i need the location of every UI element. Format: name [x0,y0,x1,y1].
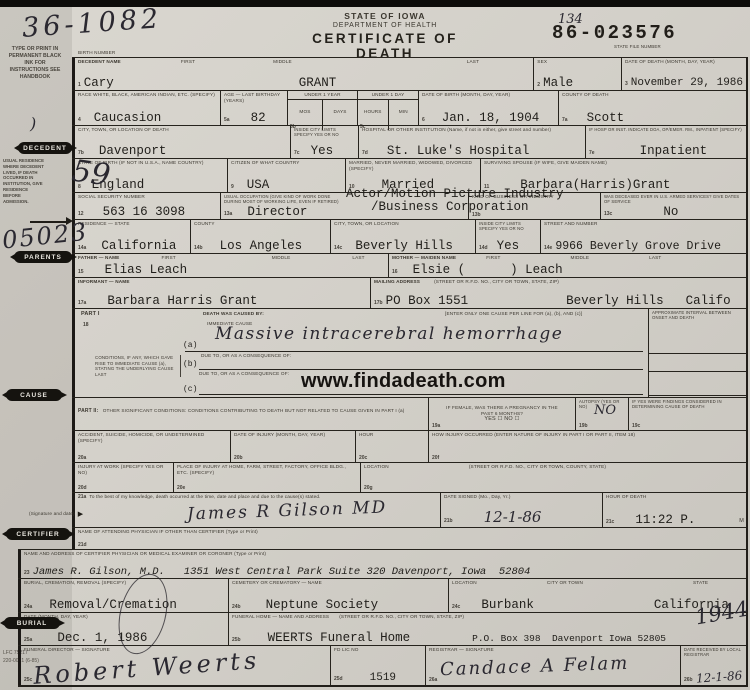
date-signed-label: DATE SIGNED (Mo., Day, Yr.) [444,494,599,500]
field-num: 26b [684,677,693,683]
field-under-1-year: UNDER 1 YEAR MOS 5b DAYS [287,91,357,125]
field-mother-name: MOTHER — MAIDEN NAME FIRST MIDDLE LAST 1… [388,254,746,277]
field-num: 19a [432,423,440,429]
location-label: LOCATION [452,580,477,586]
field-num: 25c [24,677,32,683]
tab-cause: CAUSE [6,389,62,401]
field-num: 25b [232,637,241,643]
industry-overflow-line: /Business Corporation [371,201,529,214]
signature-arrow-icon: ▶ [78,510,83,518]
last-header: LAST [467,59,479,65]
field-age: AGE — LAST BIRTHDAY (YEARS) 5a 82 [220,91,287,125]
field-county-of-death: COUNTY OF DEATH 7a Scott [558,91,746,125]
cemetery-label: CEMETERY OR CREMATORY — NAME [232,580,445,586]
mos-header: MOS [299,109,310,114]
field-num: 7a [562,117,568,123]
field-num: 18 [83,322,89,328]
field-num: 14e [544,245,552,251]
armed-services-value: No [663,206,678,219]
field-num: 26a [429,677,437,683]
field-date-of-death: DATE OF DEATH (MONTH, DAY, YEAR) 3 Novem… [621,58,746,90]
funeral-home-label: FUNERAL HOME — NAME AND ADDRESS [232,614,329,620]
field-armed-services: WAS DECEASED EVER IN U.S. ARMED SERVICES… [600,193,746,219]
father-value: Elias Leach [105,264,188,277]
due-to-label-1: DUE TO, OR AS A CONSEQUENCE OF: [201,353,291,359]
field-hospital: HOSPITAL OR OTHER INSTITUTION (Name, if … [358,126,585,158]
field-num: 20g [364,485,373,491]
citizen-label: CITIZEN OF WHAT COUNTRY [231,160,342,166]
signature-and-date-label: (Signature and date) ▶ [29,510,83,518]
occupation-label: USUAL OCCUPATION (GIVE KIND OF WORK DONE… [224,194,344,205]
middle-header: MIDDLE [272,255,291,261]
cemetery-value: Neptune Society [266,599,379,612]
sex-label: SEX [537,59,618,65]
age-value: 82 [251,112,266,125]
race-label: RACE WHITE, BLACK, AMERICAN INDIAN, ETC.… [78,92,217,98]
field-fd-license: FD LIC NO 25d 1519 [330,646,425,685]
handwritten-file-note: 134 [558,12,583,27]
field-findings-considered: IF YES WERE FINDINGS CONSIDERED IN DETER… [628,398,746,430]
accident-label: ACCIDENT, SUICIDE, HOMICIDE, OR UNDETERM… [78,432,227,444]
tab-parents: PARENTS [14,251,72,263]
field-num: 17a [78,300,86,306]
funeral-home-address-value: P.O. Box 398 Davenport Iowa 52805 [472,634,666,644]
field-autopsy: AUTOPSY (YES OR NO) NO 19b [575,398,628,430]
county-of-death-label: COUNTY OF DEATH [562,92,743,98]
first-header: FIRST [161,255,175,261]
cause-part1-section: PART I DEATH WAS CAUSED BY: [ENTER ONLY … [72,308,746,397]
mailing-city-value: Beverly Hills [566,295,664,308]
field-num: 25a [24,637,32,643]
state-file-number-stamp: 86-023576 STATE FILE NUMBER 134 [552,22,677,50]
interval-line-a [649,353,746,354]
decedent-first-name-value: Cary [84,77,114,90]
date-received-handwritten-value: 12-1-86 [695,668,742,685]
decedent-name-label: DECEDENT NAME [78,59,121,65]
field-num: 5a [224,117,230,123]
field-num: 20e [177,485,185,491]
signature-label-text: (Signature and date) [29,511,75,517]
birth-number-label: BIRTH NUMBER [78,50,115,56]
field-pregnancy: IF FEMALE, WAS THERE A PREGNANCY IN THE … [428,398,575,430]
field-cemetery: CEMETERY OR CREMATORY — NAME 24b Neptune… [228,579,448,612]
funeral-home-name-value: WEERTS Funeral Home [268,632,411,645]
mailing-sub-label: (STREET OR R.F.D. NO., CITY OR TOWN, STA… [434,279,559,285]
due-to-label-2: DUE TO, OR AS A CONSEQUENCE OF: [199,371,289,377]
street-label: STREET AND NUMBER [544,221,743,227]
attending-physician-label: NAME OF ATTENDING PHYSICIAN IF OTHER THA… [78,529,743,535]
field-date-of-injury: DATE OF INJURY (MONTH, DAY, YEAR) 20b [230,431,355,462]
field-num: 20a [78,455,86,461]
tab-burial: BURIAL [4,617,60,629]
residence-limits-value: Yes [497,240,520,253]
date-of-death-label: DATE OF DEATH (MONTH, DAY, YEAR) [625,59,743,65]
city-of-death-value: Davenport [99,145,167,158]
field-injury-hour: HOUR 20c [355,431,428,462]
mailing-box-value: PO Box 1551 [386,295,469,308]
field-num: 7c [294,150,300,156]
decedent-last-name-value: GRANT [299,77,337,90]
marital-status-label: MARRIED, NEVER MARRIED, WIDOWED, DIVORCE… [349,160,477,172]
conditions-note: CONDITIONS, IF ANY, WHICH GAVE RISE TO I… [95,355,181,377]
armed-services-label: WAS DECEASED EVER IN U.S. ARMED SERVICES… [604,194,743,205]
certifier-name-address-value: James R. Gilson, M.D. 1351 West Central … [33,567,531,578]
department-of-health: DEPARTMENT OF HEALTH [295,22,475,31]
tab-decedent: DECEDENT [18,142,72,154]
injury-hour-label: HOUR [359,432,425,438]
certifier-name-address-label: NAME AND ADDRESS OF CERTIFIER PHYSICIAN … [24,551,743,557]
field-race: RACE WHITE, BLACK, AMERICAN INDIAN, ETC.… [72,91,220,125]
field-num: 4 [78,117,81,123]
date-signed-handwritten-value: 12-1-86 [484,508,542,526]
field-num: 13a [224,211,232,217]
field-inside-city-limits: INSIDE CITY LIMITS SPECIFY YES OR NO 7c … [290,126,358,158]
field-how-injury-occurred: HOW INJURY OCCURRED (ENTER NATURE OF INJ… [428,431,746,462]
cause-b-mark: (b) [183,361,197,369]
field-date-signed: DATE SIGNED (Mo., Day, Yr.) 21b 12-1-86 [440,493,602,527]
form-bottom-grid: NAME AND ADDRESS OF CERTIFIER PHYSICIAN … [18,549,748,687]
field-num: 3 [625,81,628,87]
field-decedent-name: DECEDENT NAME FIRST MIDDLE LAST 1 Cary G… [72,58,533,90]
mother-value: Elsie ( ) Leach [413,264,563,277]
tab-certifier: CERTIFIER [6,528,70,540]
field-father-name: FATHER — NAME FIRST MIDDLE LAST 15 Elias… [72,254,388,277]
field-ssn: SOCIAL SECURITY NUMBER 12 563 16 3098 [72,193,220,219]
field-place-of-injury: PLACE OF INJURY AT HOME, FARM, STREET, F… [173,463,360,492]
field-registrar-signature: REGISTRAR — SIGNATURE Candace A Felam 26… [425,646,680,685]
residence-city-value: Beverly Hills [355,240,453,253]
father-label: FATHER — NAME [78,255,119,261]
middle-header: MIDDLE [273,59,292,65]
citizen-value: USA [247,179,270,192]
field-num: 9 [231,184,234,190]
inside-city-limits-label: INSIDE CITY LIMITS SPECIFY YES OR NO [294,127,355,138]
field-injury-location: LOCATION (STREET OR R.F.D. NO., CITY OR … [360,463,746,492]
field-residence-city: CITY, TOWN, OR LOCATION 14c Beverly Hill… [330,220,475,253]
field-num: 13c [604,211,612,217]
informant-value: Barbara Harris Grant [107,295,257,308]
part1-label: PART I [81,311,100,318]
last-header: LAST [649,255,661,261]
field-sex: SEX 2 Male [533,58,621,90]
sex-value: Male [543,77,573,90]
field-num: 1 [78,82,81,88]
last-header: LAST [352,255,364,261]
injury-location-label: LOCATION [364,464,389,470]
surviving-spouse-label: SURVIVING SPOUSE (IF WIFE, GIVE MAIDEN N… [484,160,743,166]
interval-column: APPROXIMATE INTERVAL BETWEEN ONSET AND D… [648,309,746,397]
field-date-of-birth: DATE OF BIRTH (MONTH, DAY, YEAR) 6 Jan. … [418,91,558,125]
county-of-death-value: Scott [587,112,625,125]
injury-location-sub: (STREET OR R.F.D. NO., CITY OR TOWN, COU… [469,464,606,470]
date-of-death-value: November 29, 1986 [631,78,743,89]
field-num: 25d [334,676,343,682]
ssn-label: SOCIAL SECURITY NUMBER [78,194,217,200]
inpatient-status-value: Inpatient [640,145,708,158]
mailing-state-value: Califo [686,295,731,308]
days-header: DAYS [333,109,346,114]
field-num: 20b [234,455,243,461]
field-certification-statement: 21a To the best of my knowledge, death o… [72,493,440,527]
field-num: 24c [452,604,460,610]
field-mailing-address: MAILING ADDRESS (STREET OR R.F.D. NO., C… [370,278,746,308]
city-of-death-label: CITY, TOWN, OR LOCATION OF DEATH [78,127,287,133]
field-num: 14b [194,245,203,251]
field-street-and-number: STREET AND NUMBER 14e 9966 Beverly Grove… [540,220,746,253]
field-num: 12 [78,211,84,217]
registrar-signature-handwritten: Candace A Felam [440,653,630,681]
funeral-home-sub-label: (STREET OR R.F.D. NO., CITY OR TOWN, STA… [339,614,464,620]
residence-county-value: Los Angeles [220,240,303,253]
residence-limits-label: INSIDE CITY LIMITS SPECIFY YES OR NO [479,221,537,232]
pregnancy-label: IF FEMALE, WAS THERE A PREGNANCY IN THE … [442,405,562,417]
field-num: 21d [78,542,87,548]
hospital-value: St. Luke's Hospital [387,145,530,158]
field-funeral-home: FUNERAL HOME — NAME AND ADDRESS (STREET … [228,613,746,645]
field-num: 21c [606,519,614,525]
occupation-overflow-line: Actor/Motion Picture Industry [346,188,564,201]
field-num: 15 [78,269,84,275]
min-header: MIN [399,109,408,114]
inside-city-limits-value: Yes [311,145,334,158]
field-num: 20c [359,455,367,461]
field-injury-at-work: INJURY AT WORK (SPECIFY YES OR NO) 20d [72,463,173,492]
field-residence-county: COUNTY 14b Los Angeles [190,220,330,253]
place-of-injury-label: PLACE OF INJURY AT HOME, FARM, STREET, F… [177,464,357,476]
under-1-year-label: UNDER 1 YEAR [288,92,357,98]
race-value: Caucasion [94,112,162,125]
field-informant: INFORMANT — NAME 17a Barbara Harris Gran… [72,278,370,308]
field-num: 16 [392,269,398,275]
enter-one-cause-note: [ENTER ONLY ONE CAUSE PER LINE FOR (a), … [445,311,640,317]
form-main-grid: DECEDENT NAME FIRST MIDDLE LAST 1 Cary G… [72,57,748,549]
form-header: STATE OF IOWA DEPARTMENT OF HEALTH CERTI… [295,11,475,61]
residence-state-label: RESIDENCE — STATE [78,221,187,227]
interval-header: APPROXIMATE INTERVAL BETWEEN ONSET AND D… [652,310,743,321]
field-num: 7e [589,150,595,156]
cause-line-c [199,394,643,395]
hour-am-pm-suffix: M [739,518,744,525]
field-num: 23 [24,570,30,576]
informant-label: INFORMANT — NAME [78,279,367,285]
field-num: 20f [432,455,439,461]
cause-a-handwritten-value: Massive intracerebral hemorrhage [215,324,563,344]
field-attending-physician: NAME OF ATTENDING PHYSICIAN IF OTHER THA… [72,528,746,549]
handwritten-paren: ) [30,114,36,133]
field-accident-suicide: ACCIDENT, SUICIDE, HOMICIDE, OR UNDETERM… [72,431,230,462]
residence-state-value: California [101,240,176,253]
cause-main-area: PART I DEATH WAS CAUSED BY: [ENTER ONLY … [72,309,648,397]
ssn-value: 563 16 3098 [103,206,186,219]
handwritten-59: 59 [70,154,113,194]
interval-line-b [649,371,746,372]
residence-county-label: COUNTY [194,221,327,227]
under-1-day-label: UNDER 1 DAY [358,92,418,98]
field-residence-limits: INSIDE CITY LIMITS SPECIFY YES OR NO 14d… [475,220,540,253]
findadeath-watermark: www.findadeath.com [301,370,506,393]
part2-label: PART II: [78,408,98,414]
findings-label: IF YES WERE FINDINGS CONSIDERED IN DETER… [632,399,743,410]
age-label: AGE — LAST BIRTHDAY (YEARS) [224,92,284,104]
field-city-of-death: CITY, TOWN, OR LOCATION OF DEATH 7b Dave… [72,126,290,158]
field-residence-state: RESIDENCE — STATE 14a California [72,220,190,253]
cemetery-city-value: Burbank [481,599,534,612]
mother-label: MOTHER — MAIDEN NAME [392,255,456,261]
fd-license-value: 1519 [370,673,396,684]
field-num: 21b [444,518,453,524]
date-of-birth-label: DATE OF BIRTH (MONTH, DAY, YEAR) [422,92,555,98]
city-or-town-header: CITY OR TOWN [547,580,583,586]
field-num: 24a [24,604,32,610]
hour-of-death-label: HOUR OF DEATH [606,494,743,500]
burial-type-label: BURIAL, CREMATION, REMOVAL (SPECIFY) [24,580,225,586]
middle-header: MIDDLE [571,255,590,261]
mailing-label: MAILING ADDRESS [374,279,420,285]
hours-header: HOURS [364,109,382,114]
field-num: 24b [232,604,241,610]
field-num: 2 [537,82,540,88]
field-num: 19c [632,423,640,429]
inpatient-status-label: IF HOSP OR INST. INDICATE DOA, OP/EMER. … [589,127,743,132]
field-hour-of-death: HOUR OF DEATH 21c 11:22 P. M [602,493,746,527]
injury-at-work-label: INJURY AT WORK (SPECIFY YES OR NO) [78,464,170,476]
field-inpatient-status: IF HOSP OR INST. INDICATE DOA, OP/EMER. … [585,126,746,158]
death-certificate-scan: 36-1082 TYPE OR PRINT IN PERMANENT BLACK… [0,0,750,690]
field-num: 14d [479,245,488,251]
date-received-label: DATE RECEIVED BY LOCAL REGISTRAR [684,647,743,657]
registrar-label: REGISTRAR — SIGNATURE [429,647,677,653]
field-certifier-name-address: NAME AND ADDRESS OF CERTIFIER PHYSICIAN … [18,550,746,578]
pregnancy-checkboxes: YES ☐ NO ☐ [484,416,519,423]
field-num: 20d [78,485,87,491]
field-usual-occupation: USUAL OCCUPATION (GIVE KIND OF WORK DONE… [220,193,468,219]
field-part2-conditions: PART II: OTHER SIGNIFICANT CONDITIONS: C… [72,398,428,430]
field-num: 21a [78,494,86,500]
state-header: STATE [693,580,708,586]
residence-margin-note: USUAL RESIDENCE WHERE DECEDENT LIVED, IF… [3,158,45,204]
interval-line-c [649,395,746,396]
cause-a-mark: (a) [183,342,197,350]
type-or-print-note: TYPE OR PRINT IN PERMANENT BLACK INK FOR… [6,46,64,81]
state-of-iowa: STATE OF IOWA [295,11,475,22]
part2-text: OTHER SIGNIFICANT CONDITIONS: CONDITIONS… [103,408,405,413]
field-num: 7d [362,150,368,156]
first-header: FIRST [181,59,195,65]
field-num: 19b [579,423,588,429]
fd-license-label: FD LIC NO [334,647,422,653]
field-funeral-director-signature: FUNERAL DIRECTOR — SIGNATURE Robert Weer… [18,646,330,685]
hospital-label: HOSPITAL OR OTHER INSTITUTION (Name, if … [362,127,582,133]
residence-city-label: CITY, TOWN, OR LOCATION [334,221,472,227]
state-file-number-label: STATE FILE NUMBER [614,44,677,50]
first-header: FIRST [486,255,500,261]
cause-line-a [185,351,643,352]
field-num: 17b [374,300,383,306]
cause-c-mark: (c) [183,386,197,394]
hour-of-death-value: 11:22 P. [635,514,695,527]
occupation-value: Director [247,206,307,219]
field-citizen-of: CITIZEN OF WHAT COUNTRY 9 USA [227,159,345,192]
field-under-1-day: UNDER 1 DAY HOURS 5c MIN [357,91,418,125]
street-value: 9966 Beverly Grove Drive [555,241,721,253]
certifier-signature-handwritten: James R Gilson MD [187,498,388,525]
field-date-received: DATE RECEIVED BY LOCAL REGISTRAR 26b 12-… [680,646,746,685]
field-num: 6 [422,117,425,123]
autopsy-handwritten-value: NO [594,403,616,418]
date-of-injury-label: DATE OF INJURY (MONTH, DAY, YEAR) [234,432,352,438]
field-num: 14c [334,245,342,251]
caused-by-label: DEATH WAS CAUSED BY: [203,311,264,317]
how-injury-label: HOW INJURY OCCURRED (ENTER NATURE OF INJ… [432,432,743,438]
date-of-birth-value: Jan. 18, 1904 [442,112,540,125]
